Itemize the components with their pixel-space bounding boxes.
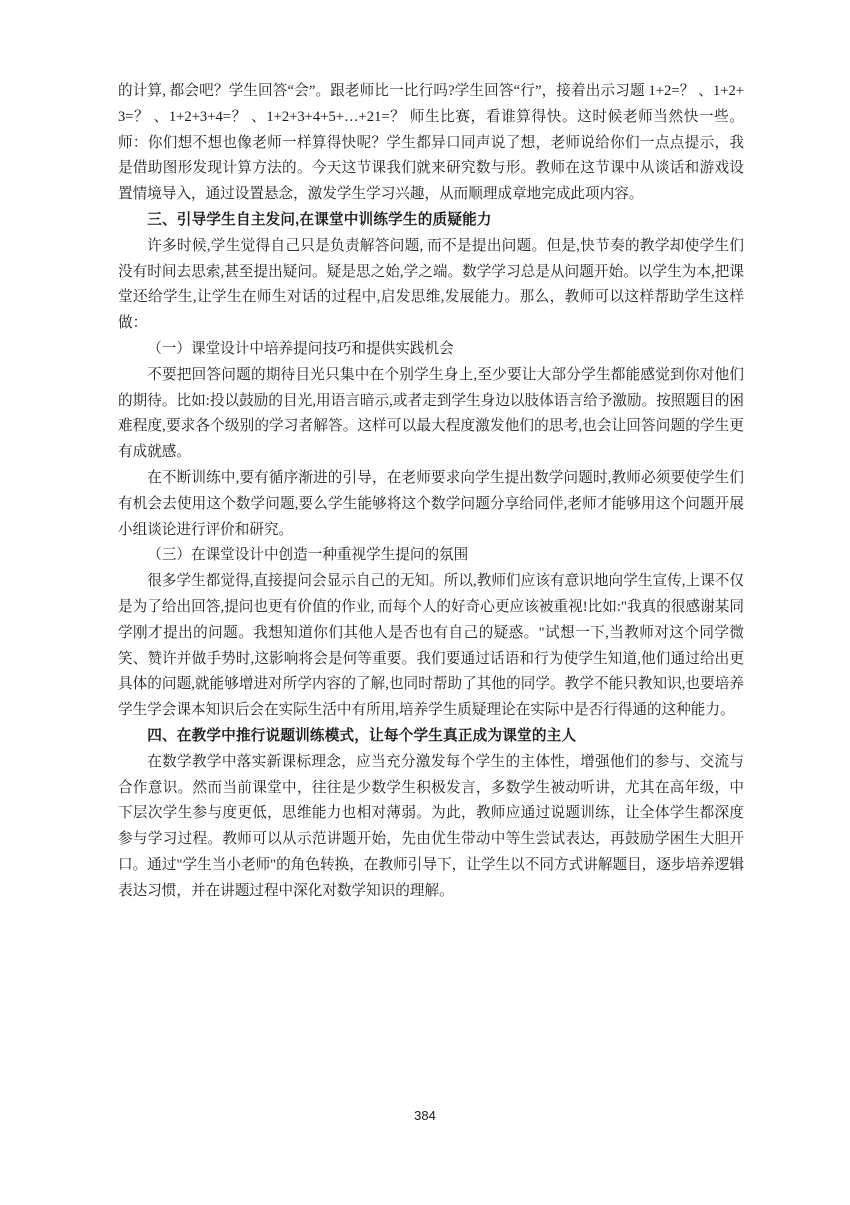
document-page: 的计算, 都会吧？学生回答“会”。跟老师比一比行吗?学生回答“行”，接着出示习题… [0,0,850,1205]
paragraph-speaking-training: 在数学教学中落实新课标理念，应当充分激发每个学生的主体性，增强他们的参与、交流与… [118,750,744,905]
paragraph-expectation: 不要把回答问题的期待目光只集中在个别学生身上,至少要让大部分学生都能感觉到你对他… [118,363,744,466]
sub-heading-one: （一）课堂设计中培养提问技巧和提供实践机会 [118,337,744,363]
section-heading-three: 三、引导学生自主发问,在课堂中训练学生的质疑能力 [118,208,744,234]
paragraph-questioning-intro: 许多时候,学生觉得自己只是负责解答问题, 而不是提出问题。但是,快节奏的教学却使… [118,234,744,337]
page-number: 384 [0,1108,850,1123]
page-content: 的计算, 都会吧？学生回答“会”。跟老师比一比行吗?学生回答“行”，接着出示习题… [118,79,744,905]
paragraph-continuation: 的计算, 都会吧？学生回答“会”。跟老师比一比行吗?学生回答“行”，接着出示习题… [118,79,744,208]
sub-heading-three: （三）在课堂设计中创造一种重视学生提问的氛围 [118,543,744,569]
paragraph-question-atmosphere: 很多学生都觉得,直接提问会显示自己的无知。所以,教师们应该有意识地向学生宣传,上… [118,569,744,724]
paragraph-training-guidance: 在不断训练中,要有循序渐进的引导，在老师要求向学生提出数学问题时,教师必须要使学… [118,466,744,543]
section-heading-four: 四、在教学中推行说题训练模式，让每个学生真正成为课堂的主人 [118,724,744,750]
